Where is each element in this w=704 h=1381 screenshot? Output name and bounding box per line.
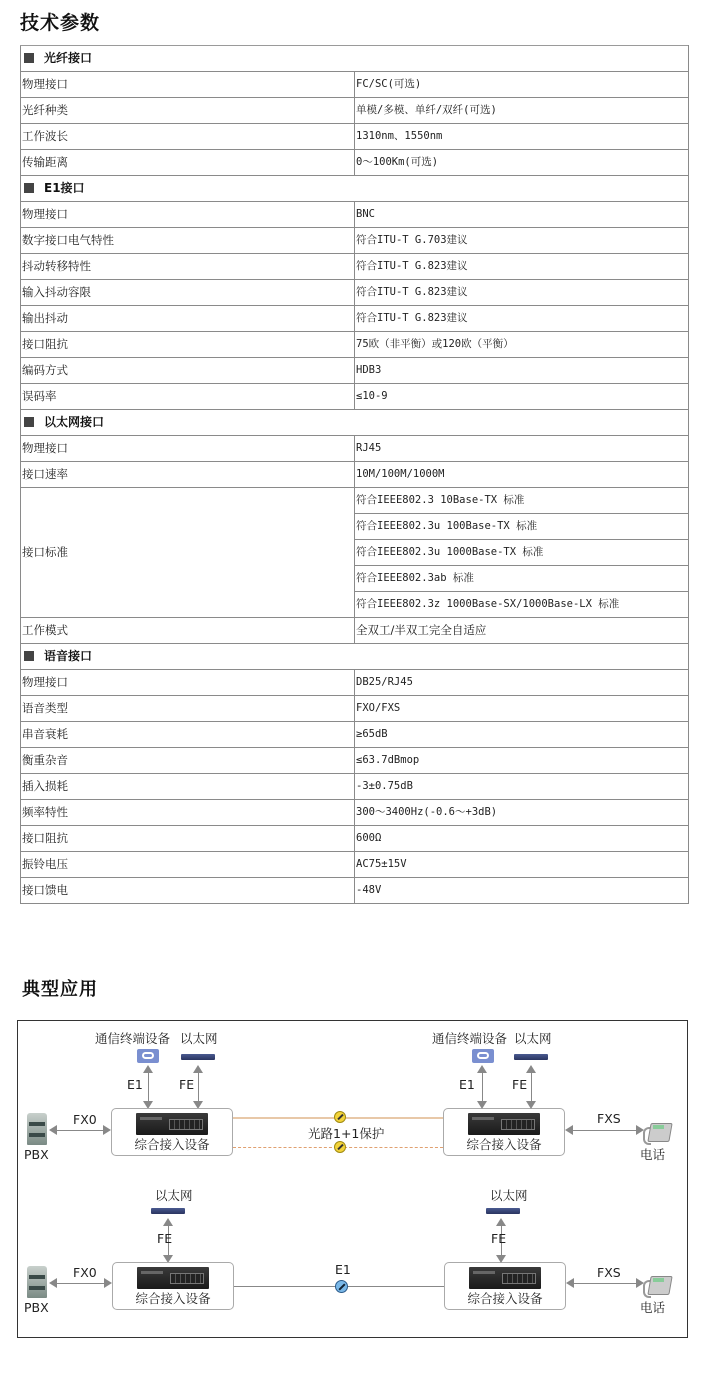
table-row: 物理接口BNC (21, 202, 689, 228)
arrow-down-icon (496, 1255, 506, 1263)
square-bullet-icon (24, 651, 34, 661)
phone-label: 电话 (640, 1298, 665, 1316)
row-label: 光纤种类 (21, 98, 355, 124)
fe-link-label-left: FE (157, 1231, 172, 1246)
access-device-left: 综合接入设备 (111, 1108, 233, 1156)
square-bullet-icon (24, 53, 34, 63)
table-row: 接口阻抗600Ω (21, 826, 689, 852)
row-label: 插入损耗 (21, 774, 355, 800)
link-line (198, 1071, 199, 1105)
fiber-protection-label: 光路1+1保护 (308, 1124, 384, 1142)
row-label: 接口速率 (21, 462, 355, 488)
section-title: 光纤接口 (44, 51, 92, 65)
table-row: 串音衰耗≥65dB (21, 722, 689, 748)
row-value: 符合ITU-T G.823建议 (355, 280, 689, 306)
row-label: 抖动转移特性 (21, 254, 355, 280)
comm-terminal-icon (137, 1049, 159, 1063)
access-device-left: 综合接入设备 (112, 1262, 234, 1310)
table-row: 输入抖动容限符合ITU-T G.823建议 (21, 280, 689, 306)
row-label: 物理接口 (21, 72, 355, 98)
e1-link-icon (335, 1280, 348, 1293)
device-label: 综合接入设备 (113, 1289, 233, 1307)
row-label: 语音类型 (21, 696, 355, 722)
row-label: 工作波长 (21, 124, 355, 150)
link-line (572, 1283, 638, 1284)
table-row: 工作模式全双工/半双工完全自适应 (21, 618, 689, 644)
fxs-link-label: FXS (597, 1111, 621, 1126)
link-line (482, 1071, 483, 1105)
e1-middle-label: E1 (335, 1262, 351, 1277)
row-label: 接口阻抗 (21, 332, 355, 358)
table-row: 数字接口电气特性符合ITU-T G.703建议 (21, 228, 689, 254)
pbx-label: PBX (24, 1300, 49, 1315)
table-row: 接口馈电-48V (21, 878, 689, 904)
table-row: 物理接口RJ45 (21, 436, 689, 462)
row-value: 全双工/半双工完全自适应 (355, 618, 689, 644)
row-value: ≤63.7dBmop (355, 748, 689, 774)
pbx-icon (27, 1266, 47, 1298)
fiber-icon (334, 1141, 346, 1153)
rack-device-icon (136, 1113, 208, 1135)
section-row-optical: 光纤接口 (21, 46, 689, 72)
table-row: 编码方式HDB3 (21, 358, 689, 384)
table-row: 工作波长1310nm、1550nm (21, 124, 689, 150)
ethernet-switch-icon (514, 1054, 548, 1060)
fxo-link-label: FX0 (73, 1112, 97, 1127)
section-title: 以太网接口 (44, 415, 104, 429)
row-value: 符合IEEE802.3u 100Base-TX 标准 (355, 514, 689, 540)
arrow-right-icon (104, 1278, 112, 1288)
table-row: 衡重杂音≤63.7dBmop (21, 748, 689, 774)
row-value: -3±0.75dB (355, 774, 689, 800)
application-diagram: 通信终端设备 以太网 E1 FE 综合接入设备 PBX FX0 光路1+1保护 … (17, 1020, 688, 1338)
row-value: 10M/100M/1000M (355, 462, 689, 488)
fiber-icon (334, 1111, 346, 1123)
row-label: 工作模式 (21, 618, 355, 644)
row-label: 数字接口电气特性 (21, 228, 355, 254)
spec-table: 光纤接口 物理接口FC/SC(可选) 光纤种类单模/多模、单纤/双纤(可选) 工… (20, 45, 689, 904)
ethernet-label-left: 以太网 (180, 1029, 218, 1047)
row-label: 输出抖动 (21, 306, 355, 332)
ethernet-label-left: 以太网 (155, 1186, 193, 1204)
fxo-link-label: FX0 (73, 1265, 97, 1280)
square-bullet-icon (24, 417, 34, 427)
row-value: 符合IEEE802.3 10Base-TX 标准 (355, 488, 689, 514)
row-value: 1310nm、1550nm (355, 124, 689, 150)
pbx-label: PBX (24, 1147, 49, 1162)
section-title: E1接口 (44, 181, 85, 195)
row-value: HDB3 (355, 358, 689, 384)
device-label: 综合接入设备 (445, 1289, 565, 1307)
square-bullet-icon (24, 183, 34, 193)
ethernet-switch-icon (151, 1208, 185, 1214)
row-value: 符合IEEE802.3u 1000Base-TX 标准 (355, 540, 689, 566)
row-value: 符合ITU-T G.703建议 (355, 228, 689, 254)
row-value: DB25/RJ45 (355, 670, 689, 696)
device-label: 综合接入设备 (444, 1135, 564, 1153)
link-line (55, 1130, 105, 1131)
table-row: 插入损耗-3±0.75dB (21, 774, 689, 800)
fe-link-label-right: FE (512, 1077, 527, 1092)
row-value: BNC (355, 202, 689, 228)
table-row: 语音类型FXO/FXS (21, 696, 689, 722)
row-label: 接口阻抗 (21, 826, 355, 852)
row-label: 物理接口 (21, 202, 355, 228)
row-label: 物理接口 (21, 670, 355, 696)
row-value: -48V (355, 878, 689, 904)
row-value: RJ45 (355, 436, 689, 462)
fe-link-label-left: FE (179, 1077, 194, 1092)
rack-device-icon (469, 1267, 541, 1289)
table-row: 物理接口FC/SC(可选) (21, 72, 689, 98)
table-row: 传输距离0～100Km(可选) (21, 150, 689, 176)
row-value: 符合IEEE802.3ab 标准 (355, 566, 689, 592)
telephone-icon (643, 1119, 669, 1141)
row-label: 物理接口 (21, 436, 355, 462)
application-title: 典型应用 (22, 975, 98, 1001)
device-label: 综合接入设备 (112, 1135, 232, 1153)
row-value: FXO/FXS (355, 696, 689, 722)
table-row: 输出抖动符合ITU-T G.823建议 (21, 306, 689, 332)
row-value: 600Ω (355, 826, 689, 852)
link-line (531, 1071, 532, 1105)
ethernet-switch-icon (181, 1054, 215, 1060)
row-value: 75欧（非平衡）或120欧（平衡） (355, 332, 689, 358)
row-value: ≥65dB (355, 722, 689, 748)
row-label: 频率特性 (21, 800, 355, 826)
row-value: AC75±15V (355, 852, 689, 878)
comm-terminal-icon (472, 1049, 494, 1063)
section-row-voice: 语音接口 (21, 644, 689, 670)
fxs-link-label: FXS (597, 1265, 621, 1280)
e1-link-label-right: E1 (459, 1077, 475, 1092)
ethernet-switch-icon (486, 1208, 520, 1214)
table-row: 接口标准符合IEEE802.3 10Base-TX 标准 (21, 488, 689, 514)
access-device-right: 综合接入设备 (443, 1108, 565, 1156)
rack-device-icon (137, 1267, 209, 1289)
row-value: 单模/多模、单纤/双纤(可选) (355, 98, 689, 124)
link-line (571, 1130, 638, 1131)
table-row: 误码率≤10-9 (21, 384, 689, 410)
fe-link-label-right: FE (491, 1231, 506, 1246)
telephone-icon (643, 1272, 669, 1294)
ethernet-label-right: 以太网 (490, 1186, 528, 1204)
row-label: 衡重杂音 (21, 748, 355, 774)
row-label: 传输距离 (21, 150, 355, 176)
row-label: 编码方式 (21, 358, 355, 384)
row-label: 误码率 (21, 384, 355, 410)
access-device-right: 综合接入设备 (444, 1262, 566, 1310)
row-value: 300～3400Hz(-0.6～+3dB) (355, 800, 689, 826)
table-row: 抖动转移特性符合ITU-T G.823建议 (21, 254, 689, 280)
row-value: 0～100Km(可选) (355, 150, 689, 176)
arrow-down-icon (477, 1101, 487, 1109)
link-line (148, 1071, 149, 1105)
row-label: 串音衰耗 (21, 722, 355, 748)
section-row-ethernet: 以太网接口 (21, 410, 689, 436)
row-value: 符合ITU-T G.823建议 (355, 306, 689, 332)
row-value: 符合ITU-T G.823建议 (355, 254, 689, 280)
spec-title: 技术参数 (20, 8, 100, 35)
phone-label: 电话 (640, 1145, 665, 1163)
row-label: 接口馈电 (21, 878, 355, 904)
row-label: 接口标准 (21, 488, 355, 618)
table-row: 频率特性300～3400Hz(-0.6～+3dB) (21, 800, 689, 826)
table-row: 接口阻抗75欧（非平衡）或120欧（平衡） (21, 332, 689, 358)
section-row-e1: E1接口 (21, 176, 689, 202)
row-label: 振铃电压 (21, 852, 355, 878)
rack-device-icon (468, 1113, 540, 1135)
arrow-down-icon (526, 1101, 536, 1109)
arrow-right-icon (103, 1125, 111, 1135)
table-row: 光纤种类单模/多模、单纤/双纤(可选) (21, 98, 689, 124)
pbx-icon (27, 1113, 47, 1145)
link-line (55, 1283, 106, 1284)
e1-link-label-left: E1 (127, 1077, 143, 1092)
table-row: 接口速率10M/100M/1000M (21, 462, 689, 488)
ethernet-label-right: 以太网 (514, 1029, 552, 1047)
section-title: 语音接口 (44, 649, 92, 663)
table-row: 振铃电压AC75±15V (21, 852, 689, 878)
row-value: 符合IEEE802.3z 1000Base-SX/1000Base-LX 标准 (355, 592, 689, 618)
terminal-label-right: 通信终端设备 (432, 1029, 507, 1047)
row-value: ≤10-9 (355, 384, 689, 410)
terminal-label-left: 通信终端设备 (95, 1029, 170, 1047)
table-row: 物理接口DB25/RJ45 (21, 670, 689, 696)
row-label: 输入抖动容限 (21, 280, 355, 306)
row-value: FC/SC(可选) (355, 72, 689, 98)
